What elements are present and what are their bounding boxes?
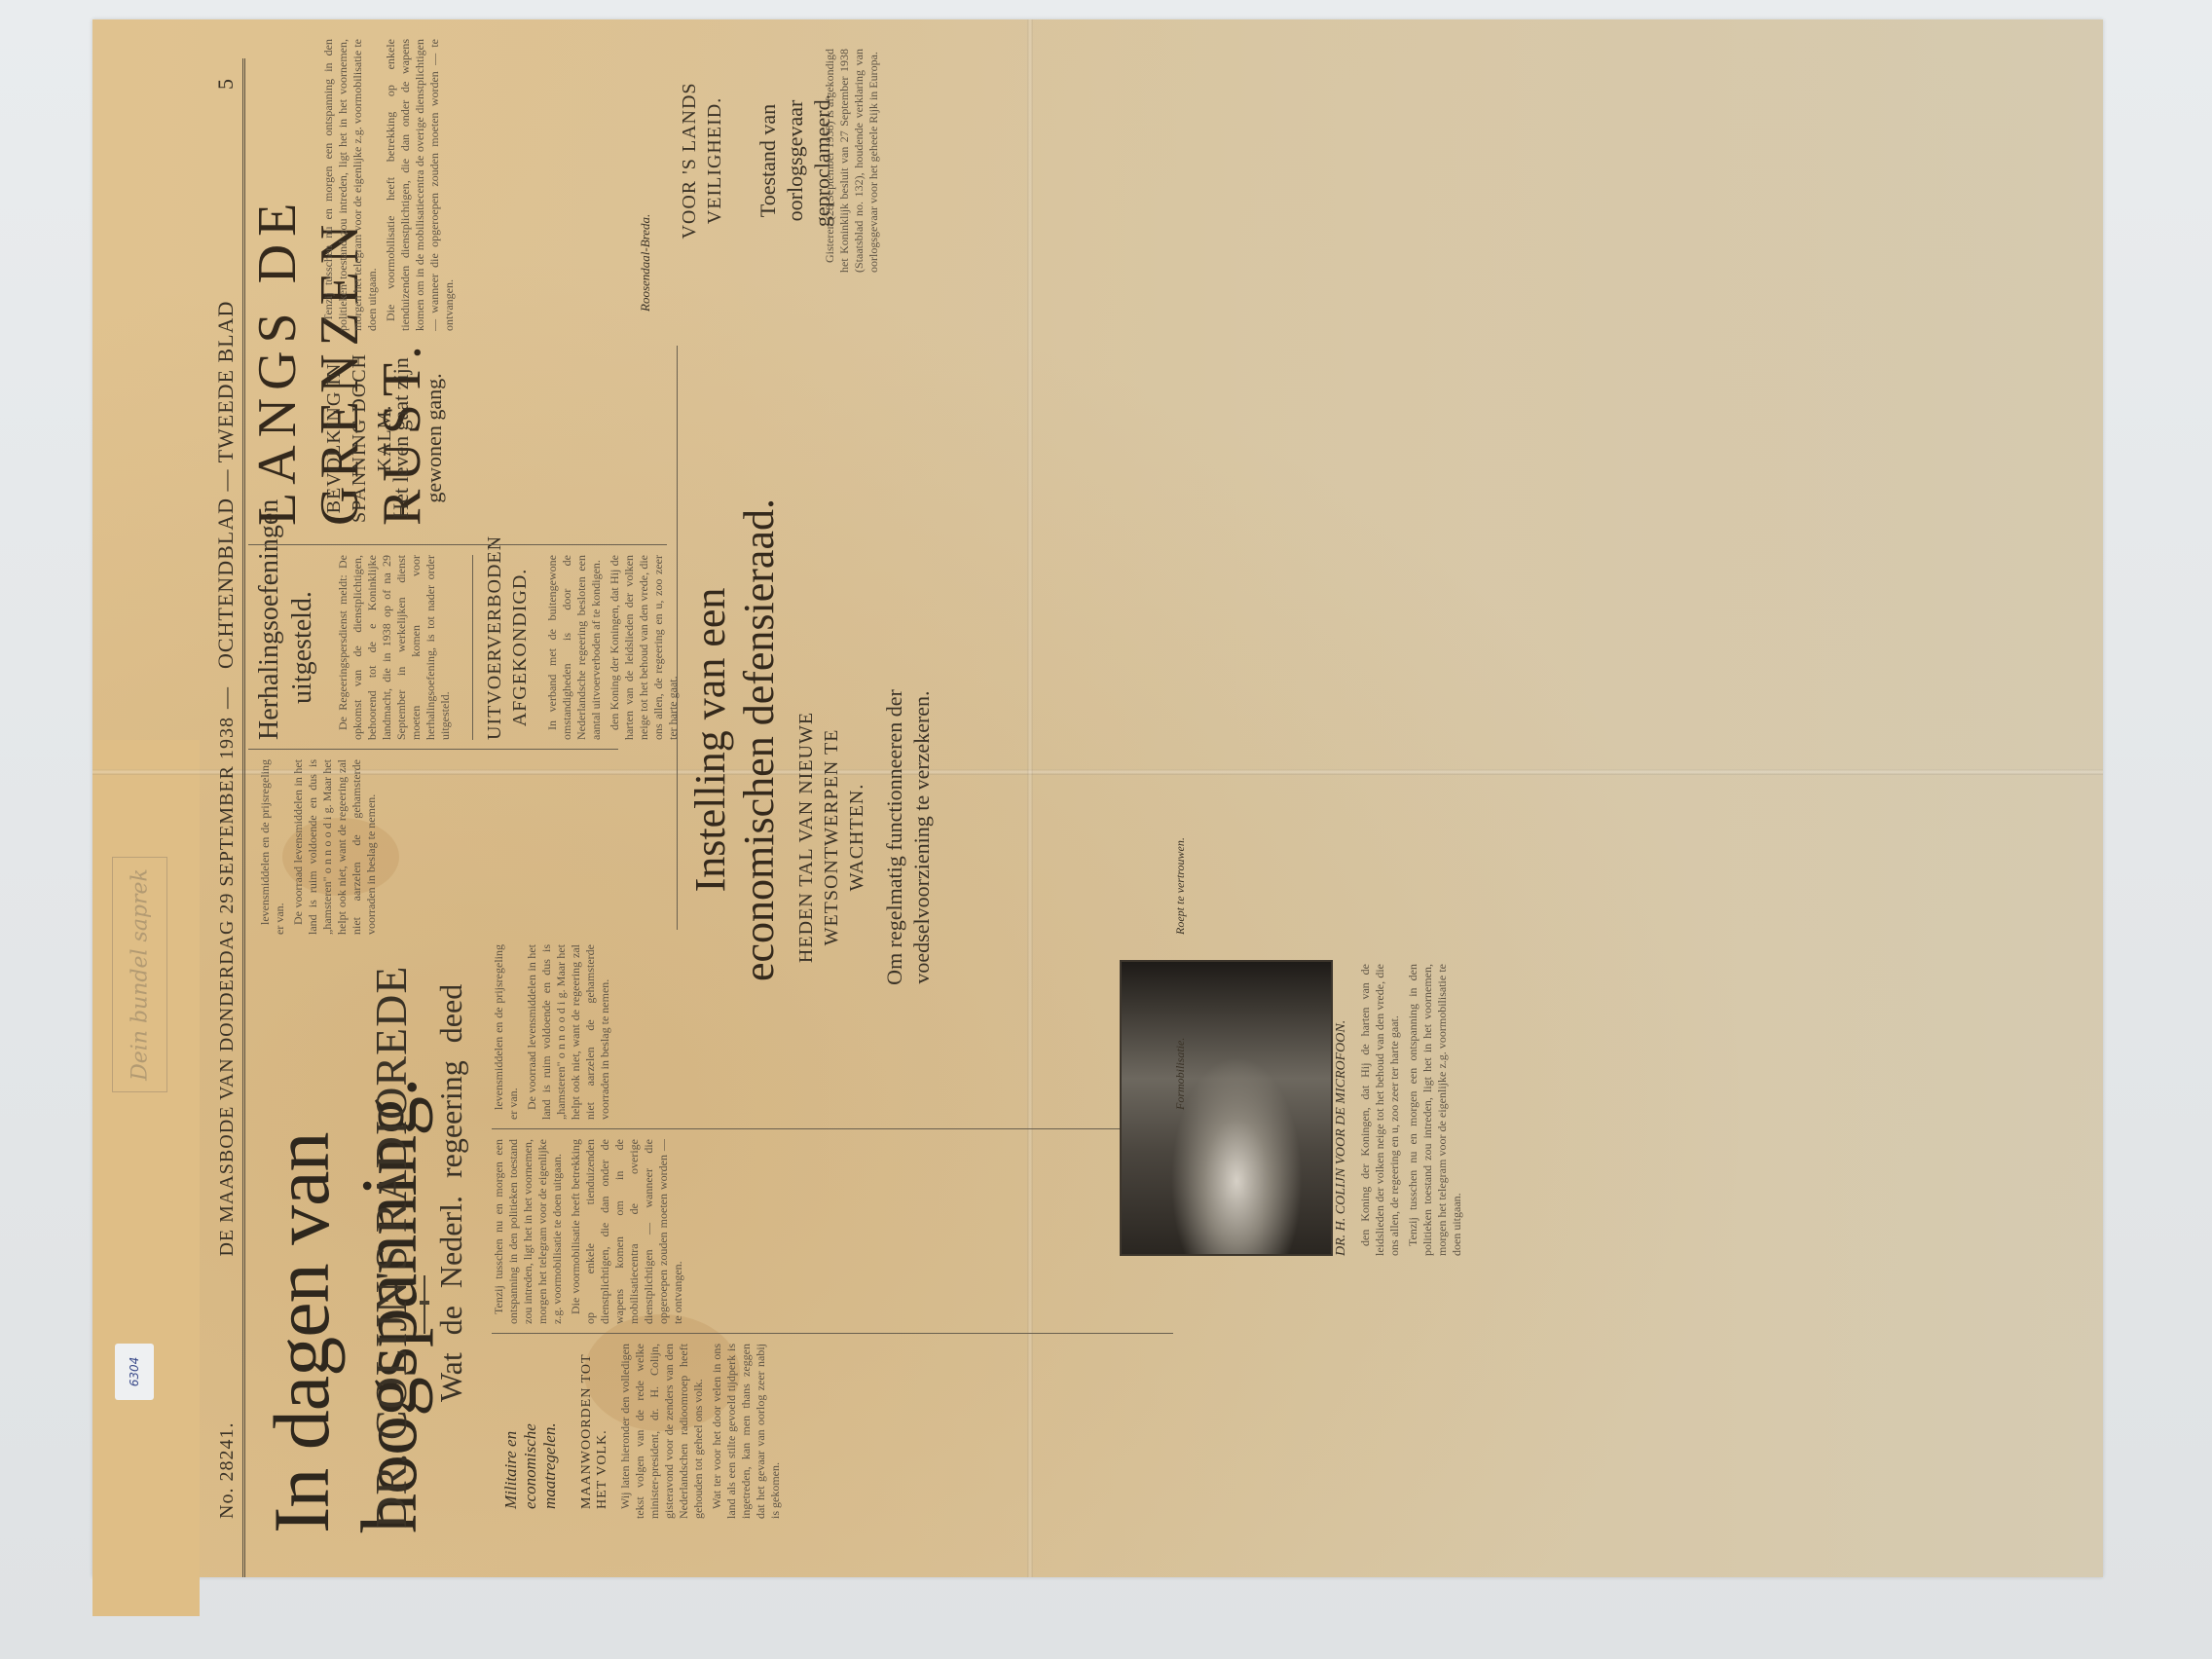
page-number: 5: [213, 78, 239, 90]
grenzen-place: Roosendaal-Breda.: [638, 117, 653, 312]
main-subheadline: DR. COLIJN'S RADIOREDE: [365, 966, 417, 1529]
masthead: No. 28241. DE MAASBODE VAN DONDERDAG 29 …: [200, 58, 245, 1577]
column-rule: [248, 544, 667, 545]
column-rule: [492, 1333, 1173, 1334]
main-body-col2: Tenzij tusschen nu en morgen een ontspan…: [492, 1139, 1154, 1324]
photo-caption: DR. H. COLIJN VOOR DE MICROFOON.: [1334, 964, 1349, 1256]
main-section-head: MAANWOORDEN TOT HET VOLK.: [579, 1344, 610, 1509]
masthead-title: DE MAASBODE VAN DONDERDAG 29 SEPTEMBER 1…: [216, 717, 239, 1257]
photo-following-text: den Koning der Koningen, dat Hij de hart…: [1358, 964, 1602, 1256]
main-body-top-col: levensmiddelen en de prijsregeling er va…: [258, 759, 453, 935]
issue-number: No. 28241.: [216, 1422, 239, 1519]
section-rule: [472, 555, 473, 740]
rotated-page: No. 28241. DE MAASBODE VAN DONDERDAG 29 …: [92, 19, 2103, 1577]
main-deck: Wat de Nederl. regeering deed: [433, 984, 469, 1402]
defensieraad-headline: Instelling van een economischen defensie…: [686, 487, 784, 993]
photo-colijn-microphone: [1120, 960, 1333, 1256]
veiligheid-body: Gisteren (28 September 1938) is afgekond…: [823, 49, 1115, 273]
herhalings-body: De Regeeringspersdienst meldt: De opkoms…: [336, 555, 462, 740]
grenzen-deck: Het leven gaat zijn gewonen gang.: [385, 341, 451, 535]
grenzen-body: Tenzij tusschen nu en morgen een ontspan…: [321, 39, 633, 331]
defensieraad-subhead: HEDEN TAL VAN NIEUWE WETSONTWERPEN TE WA…: [793, 682, 869, 993]
edition-label: OCHTENDBLAD — TWEEDE BLAD: [213, 301, 239, 669]
uitvoer-headline: UITVOERVERBODEN AFGEKONDIGD.: [482, 555, 533, 740]
defensieraad-deck: Om regelmatig functionneeren der voedsel…: [881, 682, 936, 993]
column-rule: [492, 1128, 1173, 1129]
main-kicker: Militaire en economische maatregelen.: [501, 1344, 560, 1509]
intermediate-head: Roept te vertrouwen.: [1173, 837, 1188, 935]
section-rule: [677, 346, 678, 930]
veiligheid-headline: VOOR 'S LANDS VEILIGHEID.: [677, 49, 727, 273]
divider: [424, 1275, 425, 1334]
herhalings-headline: Herhalingsoefeningen uitgesteld.: [253, 555, 319, 740]
intermediate-head: Formobilisatie.: [1173, 1038, 1188, 1110]
column-rule: [248, 749, 618, 750]
main-body-col1: Wij laten hieronder den volledigen tekst…: [618, 1344, 1008, 1519]
